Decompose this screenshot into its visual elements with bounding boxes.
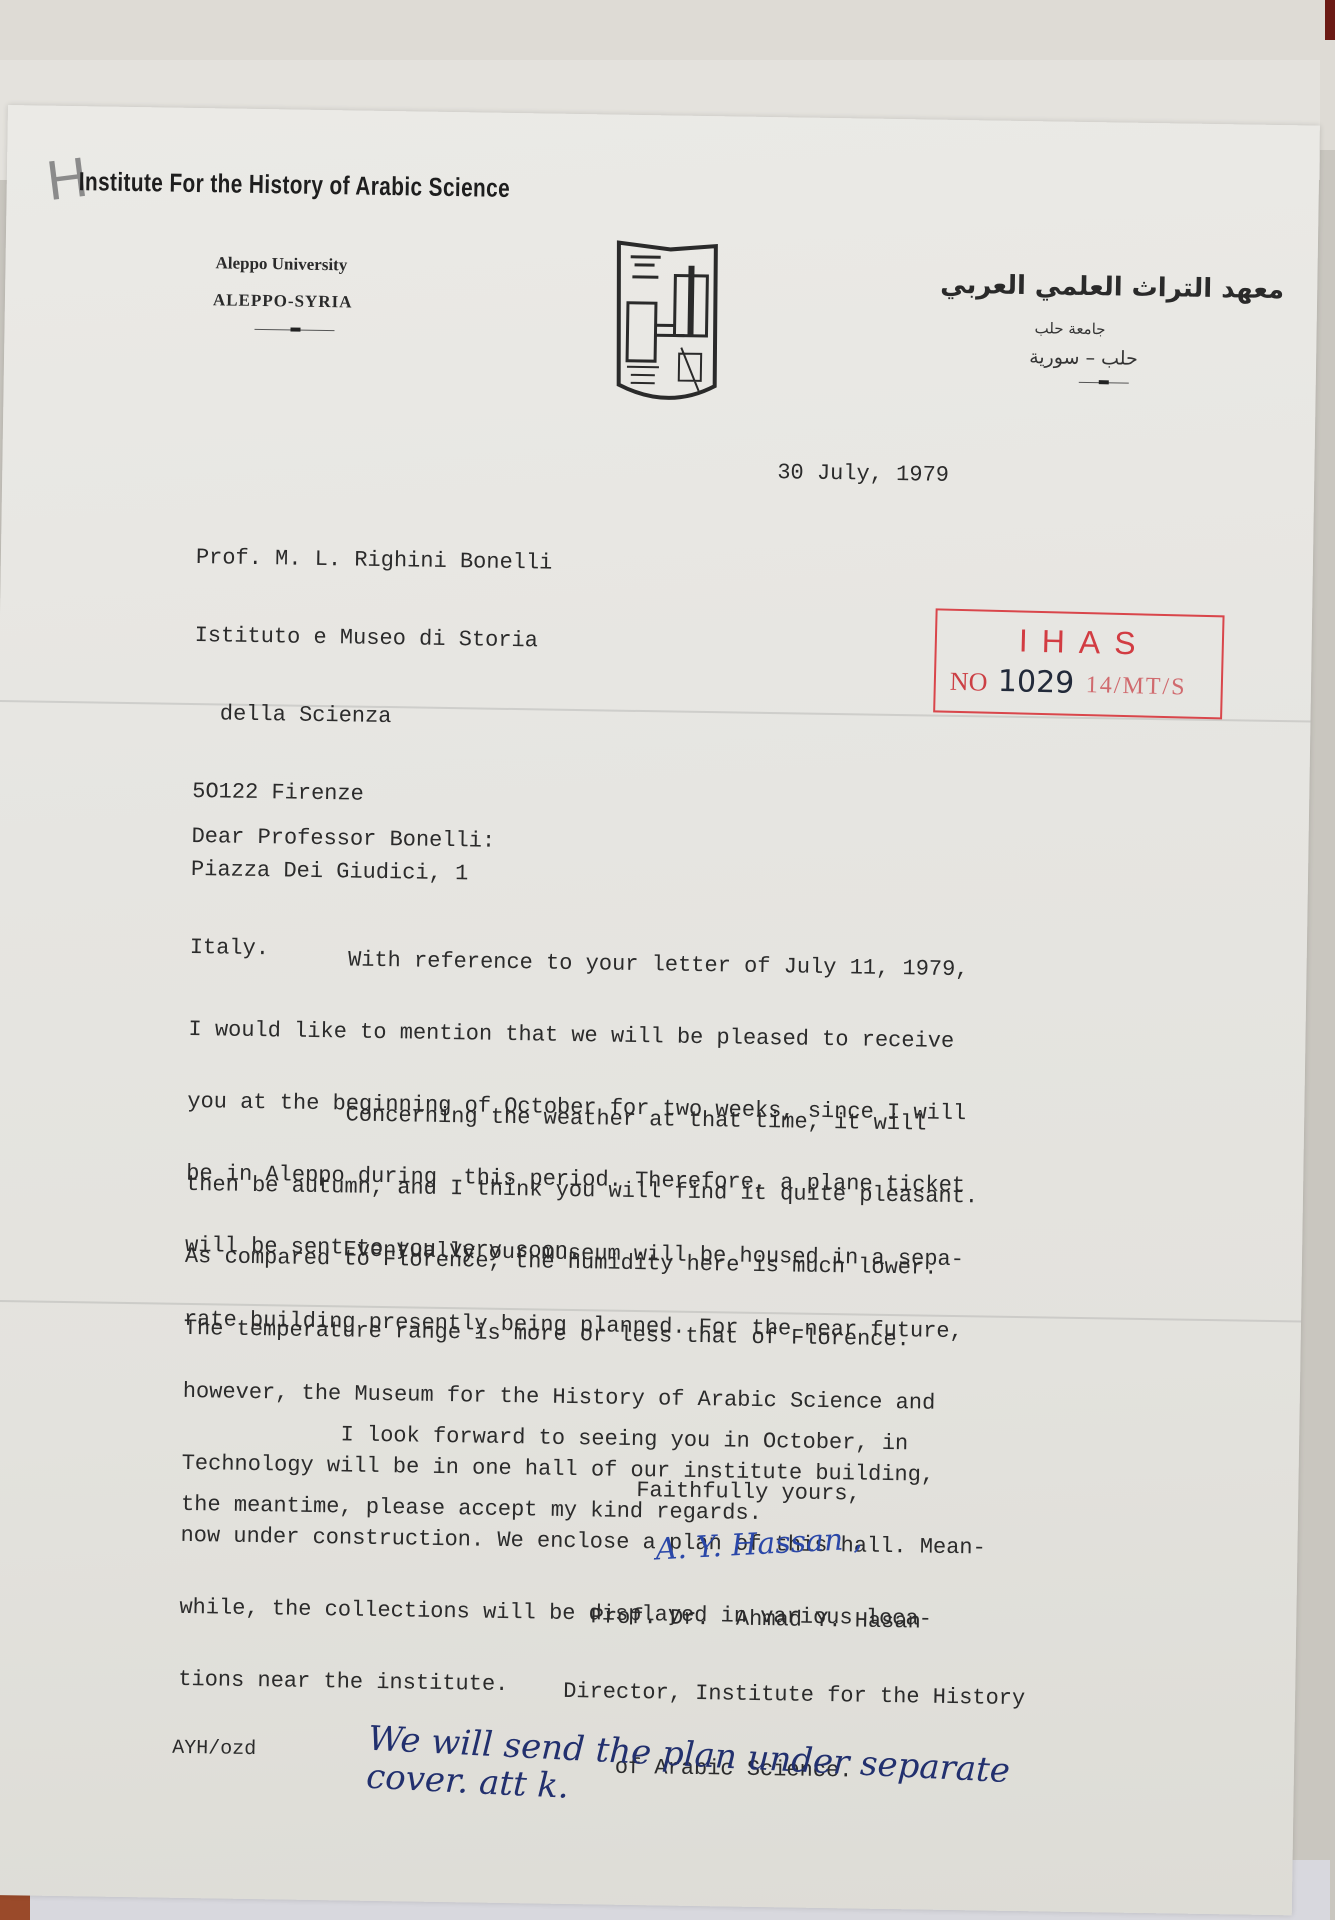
background-desk	[1325, 0, 1335, 40]
university-crest-icon	[608, 234, 726, 406]
institute-city: ALEPPO-SYRIA	[213, 290, 353, 312]
closing: Faithfully yours,	[636, 1480, 861, 1506]
university-name: Aleppo University	[215, 253, 347, 275]
letter-page: H Institute For the History of Arabic Sc…	[0, 105, 1320, 1915]
institute-city-arabic: حلب – سورية	[1029, 346, 1138, 370]
divider	[1079, 382, 1129, 384]
text-line: rate building presently being planned. F…	[184, 1308, 990, 1345]
stamp-number: 1029	[997, 664, 1074, 701]
stamp-title: IHAS	[1018, 622, 1150, 662]
institute-title: Institute For the History of Arabic Scie…	[79, 166, 511, 204]
text-line: With reference to your letter of July 11…	[189, 946, 968, 982]
letter-date: 30 July, 1979	[777, 462, 949, 487]
reference-initials: AYH/ozd	[172, 1738, 256, 1761]
signatory-line: Prof. Dr. Ahmad Y. Hasan	[564, 1604, 1026, 1636]
address-line: della Scienza	[193, 701, 550, 733]
university-name-arabic: جامعة حلب	[1034, 319, 1105, 338]
signatory-line: Director, Institute for the History	[563, 1679, 1025, 1711]
address-line: 5O122 Firenze	[192, 779, 549, 811]
address-line: Istituto e Museo di Storia	[194, 623, 551, 655]
text-line: I look forward to seeing you in October,…	[182, 1421, 908, 1456]
text-line: I would like to mention that we will be …	[188, 1018, 967, 1054]
address-line: Prof. M. L. Righini Bonelli	[196, 545, 553, 577]
institute-title-arabic: معهد التراث العلمي العربي	[940, 270, 1284, 305]
divider	[254, 329, 334, 331]
stamp-code: 14/MT/S	[1085, 672, 1186, 701]
address-line: Piazza Dei Giudici, 1	[191, 857, 548, 889]
salutation: Dear Professor Bonelli:	[191, 826, 495, 853]
stamp-no-label: NO	[950, 667, 988, 698]
text-line: Concerning the weather at that time, it …	[187, 1101, 979, 1137]
text-line: Eventually our museum will be housed in …	[185, 1236, 991, 1273]
ihas-registration-stamp: IHAS NO 1029 14/MT/S	[933, 608, 1224, 719]
